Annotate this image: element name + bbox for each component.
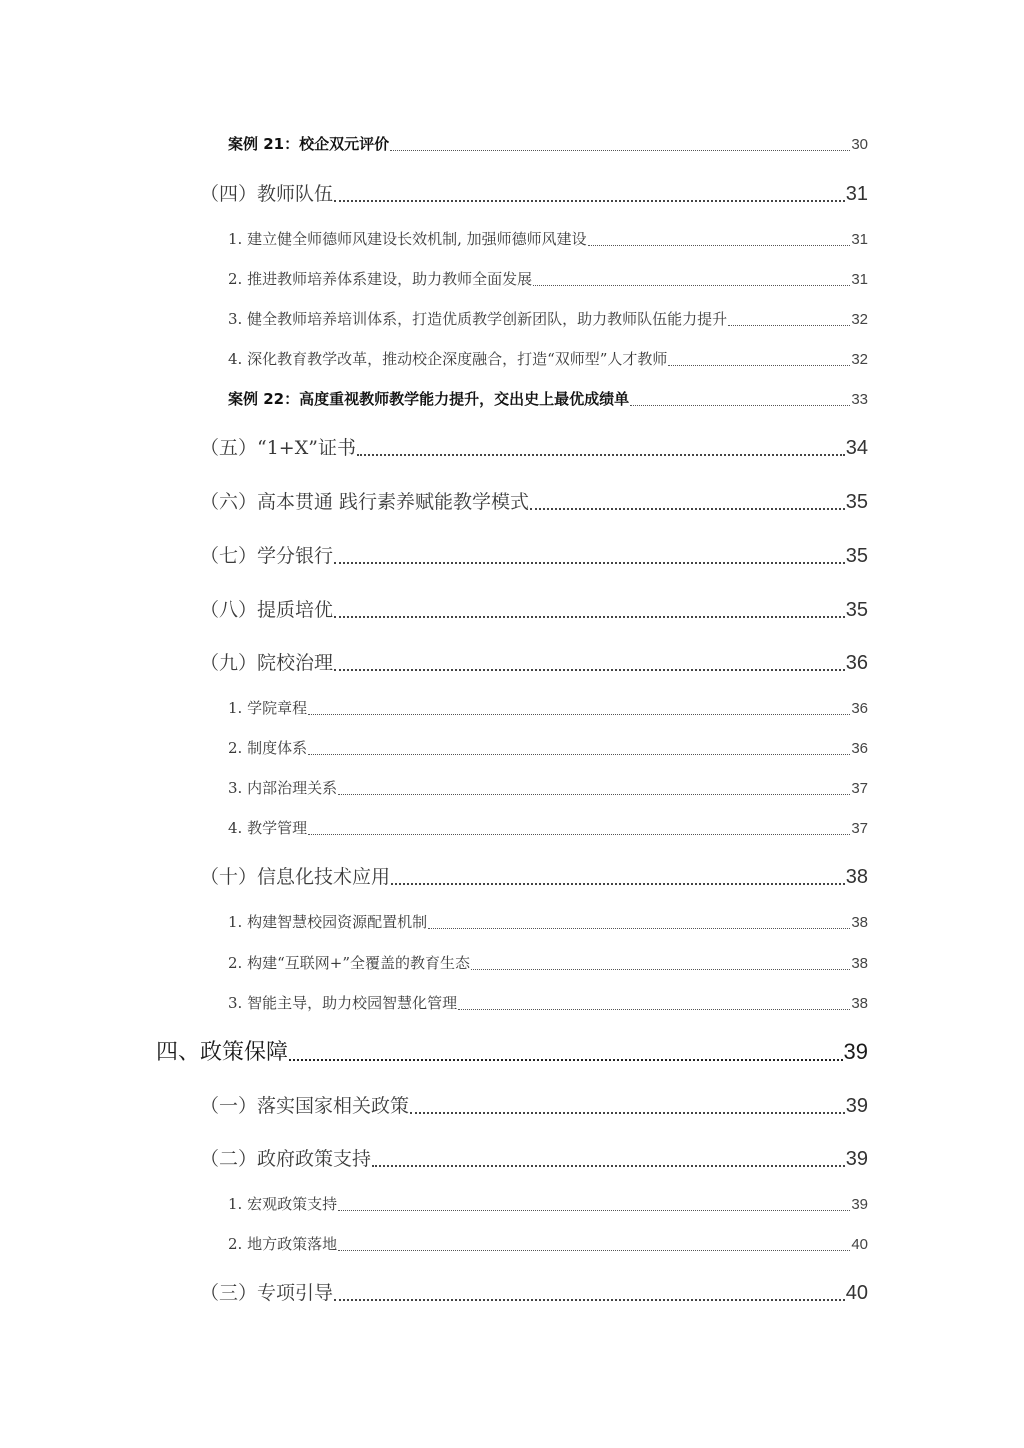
- dot-leader: [334, 616, 845, 618]
- toc-entry-label: （五）“1+X”证书: [200, 433, 356, 460]
- toc-page-number: 32: [851, 351, 868, 368]
- dot-leader: [338, 794, 850, 795]
- toc-page-number: 36: [846, 652, 868, 675]
- toc-entry-label: 4. 教学管理: [228, 817, 307, 838]
- dot-leader: [308, 754, 850, 755]
- toc-entry-local-policy[interactable]: 2. 地方政策落地 40: [228, 1233, 868, 1254]
- toc-entry-integrated-teaching[interactable]: （六）高本贯通 践行素养赋能教学模式 35: [200, 487, 868, 514]
- toc-entry-label: 2. 地方政策落地: [228, 1233, 337, 1254]
- toc-entry-label: 2. 推进教师培养体系建设，助力教师全面发展: [228, 268, 532, 289]
- toc-page-number: 31: [851, 271, 868, 288]
- toc-entry-label: 1. 构建智慧校园资源配置机制: [228, 911, 427, 932]
- toc-entry-dual-teacher[interactable]: 4. 深化教育教学改革，推动校企深度融合，打造“双师型”人才教师 32: [228, 348, 868, 369]
- toc-entry-case-22[interactable]: 案例 22：高度重视教师教学能力提升，交出史上最优成绩单 33: [228, 388, 868, 409]
- toc-entry-quality-improvement[interactable]: （八）提质培优 35: [200, 595, 868, 622]
- toc-page-number: 39: [846, 1148, 868, 1171]
- dot-leader: [533, 285, 850, 286]
- toc-entry-label: 案例 21：校企双元评价: [228, 133, 389, 154]
- toc-entry-it-application[interactable]: （十）信息化技术应用 38: [200, 862, 868, 889]
- dot-leader: [372, 1165, 845, 1167]
- dot-leader: [588, 245, 851, 246]
- dot-leader: [390, 150, 850, 151]
- toc-page-number: 35: [846, 545, 868, 568]
- toc-entry-internet-plus[interactable]: 2. 构建“互联网+”全覆盖的教育生态 38: [228, 952, 868, 973]
- toc-entry-label: 2. 构建“互联网+”全覆盖的教育生态: [228, 952, 470, 973]
- dot-leader: [334, 562, 845, 564]
- toc-entry-teacher-training-system[interactable]: 2. 推进教师培养体系建设，助力教师全面发展 31: [228, 268, 868, 289]
- dot-leader: [391, 883, 845, 885]
- toc-entry-label: 4. 深化教育教学改革，推动校企深度融合，打造“双师型”人才教师: [228, 348, 667, 369]
- toc-entry-label: 1. 宏观政策支持: [228, 1193, 337, 1214]
- dot-leader: [334, 200, 845, 202]
- toc-page-number: 31: [846, 183, 868, 206]
- toc-entry-label: （四）教师队伍: [200, 179, 333, 206]
- dot-leader: [338, 1210, 850, 1211]
- dot-leader: [410, 1112, 845, 1114]
- dot-leader: [471, 969, 850, 970]
- toc-page-number: 40: [846, 1282, 868, 1305]
- dot-leader: [289, 1059, 843, 1061]
- toc-page-number: 37: [851, 820, 868, 837]
- toc-entry-label: （七）学分银行: [200, 541, 333, 568]
- toc-page-number: 38: [851, 955, 868, 972]
- toc-page-number: 39: [844, 1039, 868, 1065]
- toc-entry-school-governance[interactable]: （九）院校治理 36: [200, 648, 868, 675]
- toc-page-number: 31: [851, 231, 868, 248]
- toc-entry-label: （八）提质培优: [200, 595, 333, 622]
- toc-entry-label: （三）专项引导: [200, 1278, 333, 1305]
- toc-entry-smart-campus[interactable]: 1. 构建智慧校园资源配置机制 38: [228, 911, 868, 932]
- dot-leader: [668, 365, 850, 366]
- toc-entry-national-policy[interactable]: （一）落实国家相关政策 39: [200, 1091, 868, 1118]
- toc-page-number: 38: [851, 914, 868, 931]
- toc-entry-label: （一）落实国家相关政策: [200, 1091, 409, 1118]
- toc-page-number: 35: [846, 491, 868, 514]
- toc-entry-label: 2. 制度体系: [228, 737, 307, 758]
- toc-page-number: 38: [846, 866, 868, 889]
- toc-page-number: 35: [846, 599, 868, 622]
- toc-page-number: 37: [851, 780, 868, 797]
- toc-page: 案例 21：校企双元评价 30 （四）教师队伍 31 1. 建立健全师德师风建设…: [0, 0, 1024, 1448]
- toc-entry-label: 四、政策保障: [156, 1035, 288, 1066]
- toc-page-number: 40: [851, 1236, 868, 1253]
- toc-entry-teacher-ethics[interactable]: 1. 建立健全师德师风建设长效机制, 加强师德师风建设 31: [228, 228, 868, 249]
- toc-page-number: 34: [846, 437, 868, 460]
- dot-leader: [630, 405, 850, 406]
- dot-leader: [458, 1009, 850, 1010]
- toc-entry-internal-governance[interactable]: 3. 内部治理关系 37: [228, 777, 868, 798]
- toc-entry-label: （九）院校治理: [200, 648, 333, 675]
- dot-leader: [308, 714, 850, 715]
- toc-entry-special-guidance[interactable]: （三）专项引导 40: [200, 1278, 868, 1305]
- toc-entry-case-21[interactable]: 案例 21：校企双元评价 30: [228, 133, 868, 154]
- toc-entry-label: 1. 学院章程: [228, 697, 307, 718]
- toc-entry-label: 3. 智能主导，助力校园智慧化管理: [228, 992, 457, 1013]
- dot-leader: [308, 834, 850, 835]
- toc-entry-macro-policy[interactable]: 1. 宏观政策支持 39: [228, 1193, 868, 1214]
- toc-page-number: 33: [851, 391, 868, 408]
- dot-leader: [334, 1299, 845, 1301]
- toc-page-number: 36: [851, 740, 868, 757]
- dot-leader: [334, 669, 845, 671]
- toc-entry-institutional-system[interactable]: 2. 制度体系 36: [228, 737, 868, 758]
- toc-page-number: 38: [851, 995, 868, 1012]
- dot-leader: [357, 454, 845, 456]
- toc-entry-credit-bank[interactable]: （七）学分银行 35: [200, 541, 868, 568]
- toc-page-number: 39: [851, 1196, 868, 1213]
- toc-entry-label: （六）高本贯通 践行素养赋能教学模式: [200, 487, 529, 514]
- toc-entry-college-charter[interactable]: 1. 学院章程 36: [228, 697, 868, 718]
- toc-entry-label: （二）政府政策支持: [200, 1144, 371, 1171]
- toc-entry-smart-management[interactable]: 3. 智能主导，助力校园智慧化管理 38: [228, 992, 868, 1013]
- toc-entry-label: 1. 建立健全师德师风建设长效机制, 加强师德师风建设: [228, 228, 587, 249]
- toc-entry-innovation-team[interactable]: 3. 健全教师培养培训体系，打造优质教学创新团队，助力教师队伍能力提升 32: [228, 308, 868, 329]
- toc-entry-policy-guarantee[interactable]: 四、政策保障 39: [156, 1035, 868, 1066]
- toc-page-number: 30: [851, 136, 868, 153]
- toc-page-number: 36: [851, 700, 868, 717]
- toc-entry-label: （十）信息化技术应用: [200, 862, 390, 889]
- dot-leader: [338, 1250, 850, 1251]
- toc-entry-1x-certificate[interactable]: （五）“1+X”证书 34: [200, 433, 868, 460]
- dot-leader: [728, 325, 850, 326]
- dot-leader: [428, 928, 850, 929]
- toc-entry-teacher-team[interactable]: （四）教师队伍 31: [200, 179, 868, 206]
- dot-leader: [530, 508, 845, 510]
- toc-entry-government-support[interactable]: （二）政府政策支持 39: [200, 1144, 868, 1171]
- toc-entry-label: 3. 健全教师培养培训体系，打造优质教学创新团队，助力教师队伍能力提升: [228, 308, 727, 329]
- toc-entry-label: 案例 22：高度重视教师教学能力提升，交出史上最优成绩单: [228, 388, 629, 409]
- toc-entry-teaching-management[interactable]: 4. 教学管理 37: [228, 817, 868, 838]
- toc-page-number: 39: [846, 1095, 868, 1118]
- toc-entry-label: 3. 内部治理关系: [228, 777, 337, 798]
- toc-page-number: 32: [851, 311, 868, 328]
